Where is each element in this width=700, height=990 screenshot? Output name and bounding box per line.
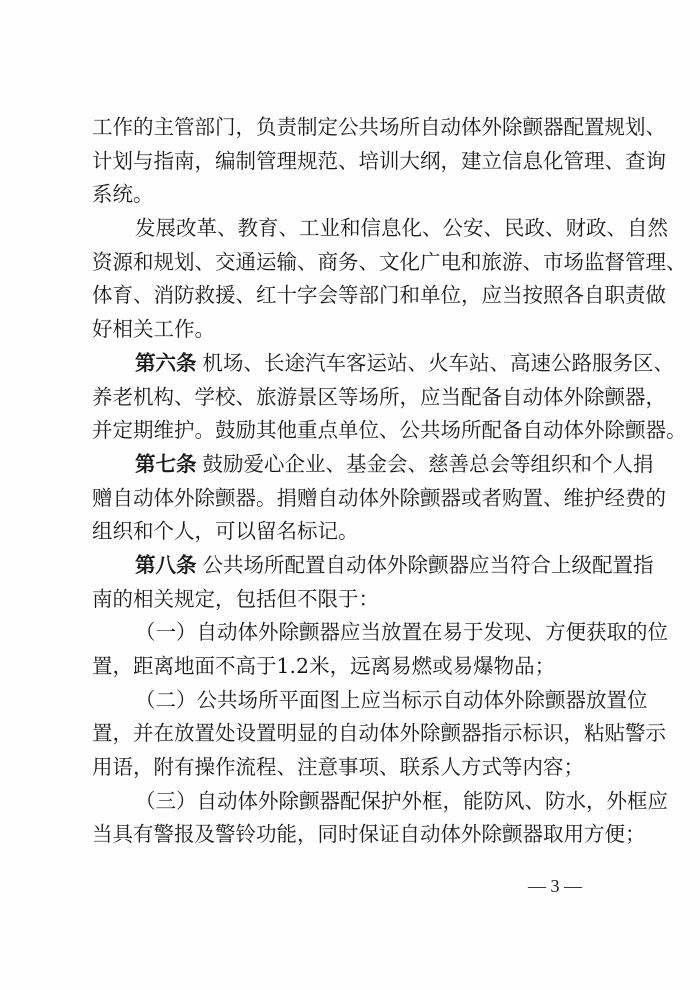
text-line: 系统。 (92, 178, 614, 212)
text-line: 好相关工作。 (92, 313, 614, 347)
text-line: 工作的主管部门，负责制定公共场所自动体外除颤器配置规划、 (92, 111, 614, 145)
article-6-first-line: 第六条机场、长途汽车客运站、火车站、高速公路服务区、 (92, 347, 614, 381)
list-item-2-first-line: （二）公共场所平面图上应当标示自动体外除颤器放置位 (92, 684, 614, 718)
paragraph-start-line: 发展改革、教育、工业和信息化、公安、民政、财政、自然 (92, 212, 614, 246)
article-text: 公共场所配置自动体外除颤器应当符合上级配置指 (203, 553, 654, 577)
text-line: 赠自动体外除颤器。捐赠自动体外除颤器或者购置、维护经费的 (92, 482, 614, 516)
text-line: 并定期维护。鼓励其他重点单位、公共场所配备自动体外除颤器。 (92, 414, 614, 448)
text-line: 当具有警报及警铃功能，同时保证自动体外除颤器取用方便； (92, 818, 614, 852)
list-item-3-first-line: （三）自动体外除颤器配保护外框，能防风、防水，外框应 (92, 785, 614, 819)
article-number: 第八条 (135, 553, 197, 577)
article-text: 鼓励爱心企业、基金会、慈善总会等组织和个人捐 (203, 452, 654, 476)
text-line: 养老机构、学校、旅游景区等场所，应当配备自动体外除颤器， (92, 381, 614, 415)
article-number: 第七条 (135, 452, 197, 476)
article-8-first-line: 第八条公共场所配置自动体外除颤器应当符合上级配置指 (92, 549, 614, 583)
document-page: 工作的主管部门，负责制定公共场所自动体外除颤器配置规划、 计划与指南，编制管理规… (0, 0, 700, 990)
text-line: 计划与指南，编制管理规范、培训大纲，建立信息化管理、查询 (92, 145, 614, 179)
text-line: 体育、消防救援、红十字会等部门和单位，应当按照各自职责做 (92, 279, 614, 313)
page-number: — 3 — (528, 872, 582, 900)
list-item-1-first-line: （一）自动体外除颤器应当放置在易于发现、方便获取的位 (92, 616, 614, 650)
text-line: 置，距离地面不高于1.2米，远离易燃或易爆物品； (92, 650, 614, 684)
text-line: 资源和规划、交通运输、商务、文化广电和旅游、市场监督管理、 (92, 246, 614, 280)
document-body: 工作的主管部门，负责制定公共场所自动体外除颤器配置规划、 计划与指南，编制管理规… (92, 111, 614, 852)
text-line: 组织和个人，可以留名标记。 (92, 515, 614, 549)
text-line: 南的相关规定，包括但不限于： (92, 583, 614, 617)
text-line: 置，并在放置处设置明显的自动体外除颤器指示标识，粘贴警示 (92, 717, 614, 751)
article-number: 第六条 (135, 351, 197, 375)
article-text: 机场、长途汽车客运站、火车站、高速公路服务区、 (203, 351, 675, 375)
text-line: 用语，附有操作流程、注意事项、联系人方式等内容； (92, 751, 614, 785)
article-7-first-line: 第七条鼓励爱心企业、基金会、慈善总会等组织和个人捐 (92, 448, 614, 482)
